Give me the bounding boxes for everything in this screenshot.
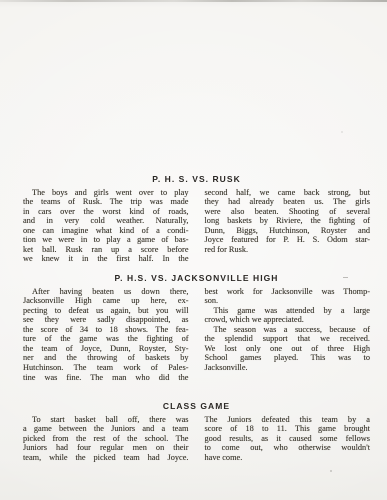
text-line: red for Rusk. bbox=[205, 245, 371, 255]
text-line: long baskets by Riviere, the fighting of bbox=[205, 216, 371, 226]
text-line: the score of 34 to 18 shows. The fea- bbox=[23, 325, 189, 335]
page-top-edge bbox=[0, 0, 387, 2]
text-line: After having beaten us down there, bbox=[23, 287, 189, 297]
section-phs-vs-rusk: P. H. S. VS. RUSK The boys and girls wen… bbox=[23, 174, 370, 264]
text-line: ket ball. Rusk ran up a score before bbox=[23, 245, 189, 255]
text-line: the splendid support that we received. bbox=[205, 334, 371, 344]
text-line: Dunn, Biggs, Hutchinson, Royster and bbox=[205, 226, 371, 236]
text-line: to come out, who otherwise wouldn't bbox=[205, 443, 371, 453]
text-line: good results, as it caused some fellows bbox=[205, 434, 371, 444]
left-column: The boys and girls went over to playthe … bbox=[23, 188, 189, 265]
two-column-text: After having beaten us down there,Jackso… bbox=[23, 287, 370, 383]
section-title: P. H.S. VS. JACKSONVILLE HIGH bbox=[23, 273, 370, 283]
scan-artifact bbox=[330, 470, 332, 472]
text-line: in cars over the worst kind of roads, bbox=[23, 207, 189, 217]
text-line: have come. bbox=[205, 453, 371, 463]
text-line: The boys and girls went over to play bbox=[23, 188, 189, 198]
text-line: the teams of Rusk. The trip was made bbox=[23, 197, 189, 207]
left-column: To start basket ball off, there wasa gam… bbox=[23, 415, 189, 463]
text-line: the team of Joyce, Dunn, Royster, Sty- bbox=[23, 344, 189, 354]
text-line: second half, we came back strong, but bbox=[205, 188, 371, 198]
text-line: were also beaten. Shooting of several bbox=[205, 207, 371, 217]
text-line: ture of the game was the fighting of bbox=[23, 334, 189, 344]
section-title: P. H. S. VS. RUSK bbox=[23, 174, 370, 184]
two-column-text: To start basket ball off, there wasa gam… bbox=[23, 415, 370, 463]
text-line: pecting to defeat us again, but you will bbox=[23, 306, 189, 316]
right-column: The Juniors defeated this team by ascore… bbox=[205, 415, 371, 463]
text-line: To start basket ball off, there was bbox=[23, 415, 189, 425]
section-phs-vs-jacksonville-high: P. H.S. VS. JACKSONVILLE HIGH After havi… bbox=[23, 273, 370, 382]
text-line: crowd, which we appreciated. bbox=[205, 315, 371, 325]
two-column-text: The boys and girls went over to playthe … bbox=[23, 188, 370, 265]
text-line: best work for Jacksonville was Thomp- bbox=[205, 287, 371, 297]
text-line: they had already beaten us. The girls bbox=[205, 197, 371, 207]
text-line: see they were sadly disappointed, as bbox=[23, 315, 189, 325]
text-line: son. bbox=[205, 296, 371, 306]
text-line: a game between the Juniors and a team bbox=[23, 424, 189, 434]
section-title: CLASS GAME bbox=[23, 401, 370, 411]
text-line: Juniors had four regular men on their bbox=[23, 443, 189, 453]
text-line: team, while the picked team had Joyce. bbox=[23, 453, 189, 463]
text-line: Jacksonville. bbox=[205, 363, 371, 373]
text-line: Hutchinson. The team work of Pales- bbox=[23, 363, 189, 373]
section-class-game: CLASS GAME To start basket ball off, the… bbox=[23, 401, 370, 462]
right-column: best work for Jacksonville was Thomp-son… bbox=[205, 287, 371, 383]
text-line: Jacksonville High came up here, ex- bbox=[23, 296, 189, 306]
text-line: we knew it in the first half. In the bbox=[23, 254, 189, 264]
text-line: one can imagine what kind of a condi- bbox=[23, 226, 189, 236]
text-line: The Juniors defeated this team by a bbox=[205, 415, 371, 425]
text-line: score of 18 to 11. This game brought bbox=[205, 424, 371, 434]
left-column: After having beaten us down there,Jackso… bbox=[23, 287, 189, 383]
scanned-page: P. H. S. VS. RUSK The boys and girls wen… bbox=[0, 0, 387, 500]
text-line: picked from the rest of the school. The bbox=[23, 434, 189, 444]
text-line: tion we were in to play a game of bas- bbox=[23, 235, 189, 245]
scan-artifact bbox=[343, 277, 348, 278]
text-line: and in very cold weather. Naturally, bbox=[23, 216, 189, 226]
right-column: second half, we came back strong, butthe… bbox=[205, 188, 371, 265]
text-line: tine was fine. The man who did the bbox=[23, 373, 189, 383]
scan-artifact bbox=[341, 131, 343, 133]
text-line: ner and the throwing of baskets by bbox=[23, 353, 189, 363]
text-line: We lost only one out of three High bbox=[205, 344, 371, 354]
text-line: The season was a success, because of bbox=[205, 325, 371, 335]
text-line: This game was attended by a large bbox=[205, 306, 371, 316]
text-line: Joyce featured for P. H. S. Odom star- bbox=[205, 235, 371, 245]
text-line: School games played. This was to bbox=[205, 353, 371, 363]
